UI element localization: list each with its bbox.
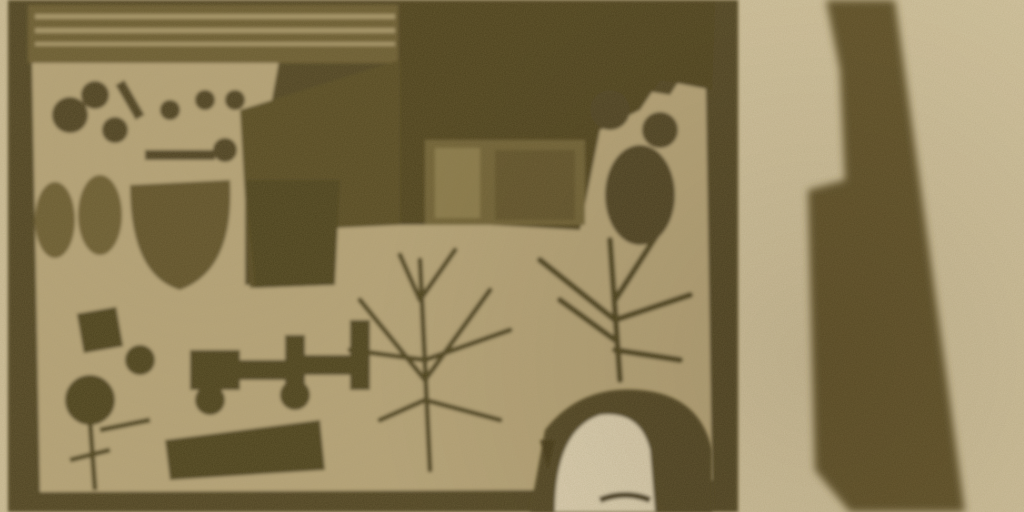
sepia-photograph bbox=[0, 0, 1024, 512]
photo-canvas bbox=[0, 0, 1024, 512]
